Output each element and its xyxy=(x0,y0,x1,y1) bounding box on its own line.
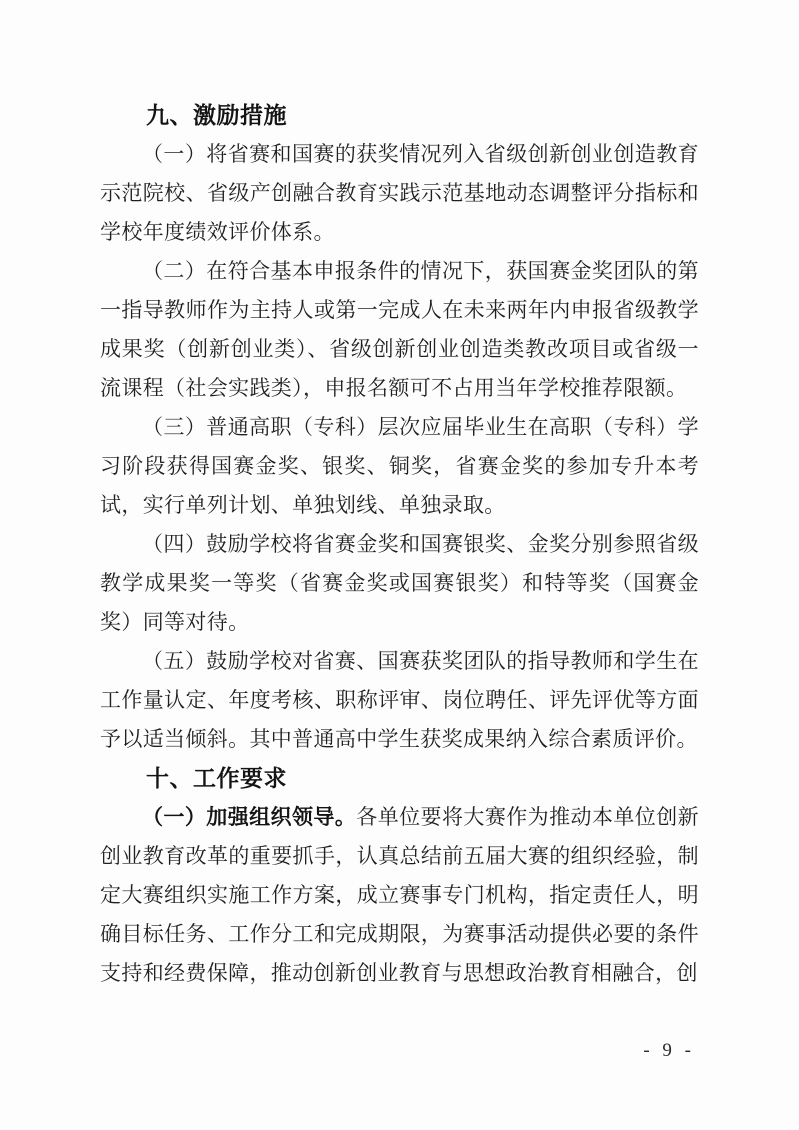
paragraph-nine-2: （二）在符合基本申报条件的情况下，获国赛金奖团队的第一指导教师作为主持人或第一完… xyxy=(100,252,699,408)
section-heading-ten: 十、工作要求 xyxy=(100,759,699,798)
page-number: - 9 - xyxy=(643,1040,695,1062)
paragraph-nine-3: （三）普通高职（专科）层次应届毕业生在高职（专科）学习阶段获得国赛金奖、银奖、铜… xyxy=(100,408,699,525)
paragraph-nine-5: （五）鼓励学校对省赛、国赛获奖团队的指导教师和学生在工作量认定、年度考核、职称评… xyxy=(100,642,699,759)
paragraph-nine-1: （一）将省赛和国赛的获奖情况列入省级创新创业创造教育示范院校、省级产创融合教育实… xyxy=(100,135,699,252)
paragraph-ten-1-body: 各单位要将大赛作为推动本单位创新创业教育改革的重要抓手，认真总结前五届大赛的组织… xyxy=(100,805,699,985)
document-body: 九、激励措施 （一）将省赛和国赛的获奖情况列入省级创新创业创造教育示范院校、省级… xyxy=(100,96,699,993)
paragraph-ten-1: （一）加强组织领导。各单位要将大赛作为推动本单位创新创业教育改革的重要抓手，认真… xyxy=(100,798,699,993)
section-heading-nine: 九、激励措施 xyxy=(100,96,699,135)
document-page: 九、激励措施 （一）将省赛和国赛的获奖情况列入省级创新创业创造教育示范院校、省级… xyxy=(0,0,799,1130)
paragraph-nine-4: （四）鼓励学校将省赛金奖和国赛银奖、金奖分别参照省级教学成果奖一等奖（省赛金奖或… xyxy=(100,525,699,642)
paragraph-ten-1-lead: （一）加强组织领导。 xyxy=(142,805,356,829)
